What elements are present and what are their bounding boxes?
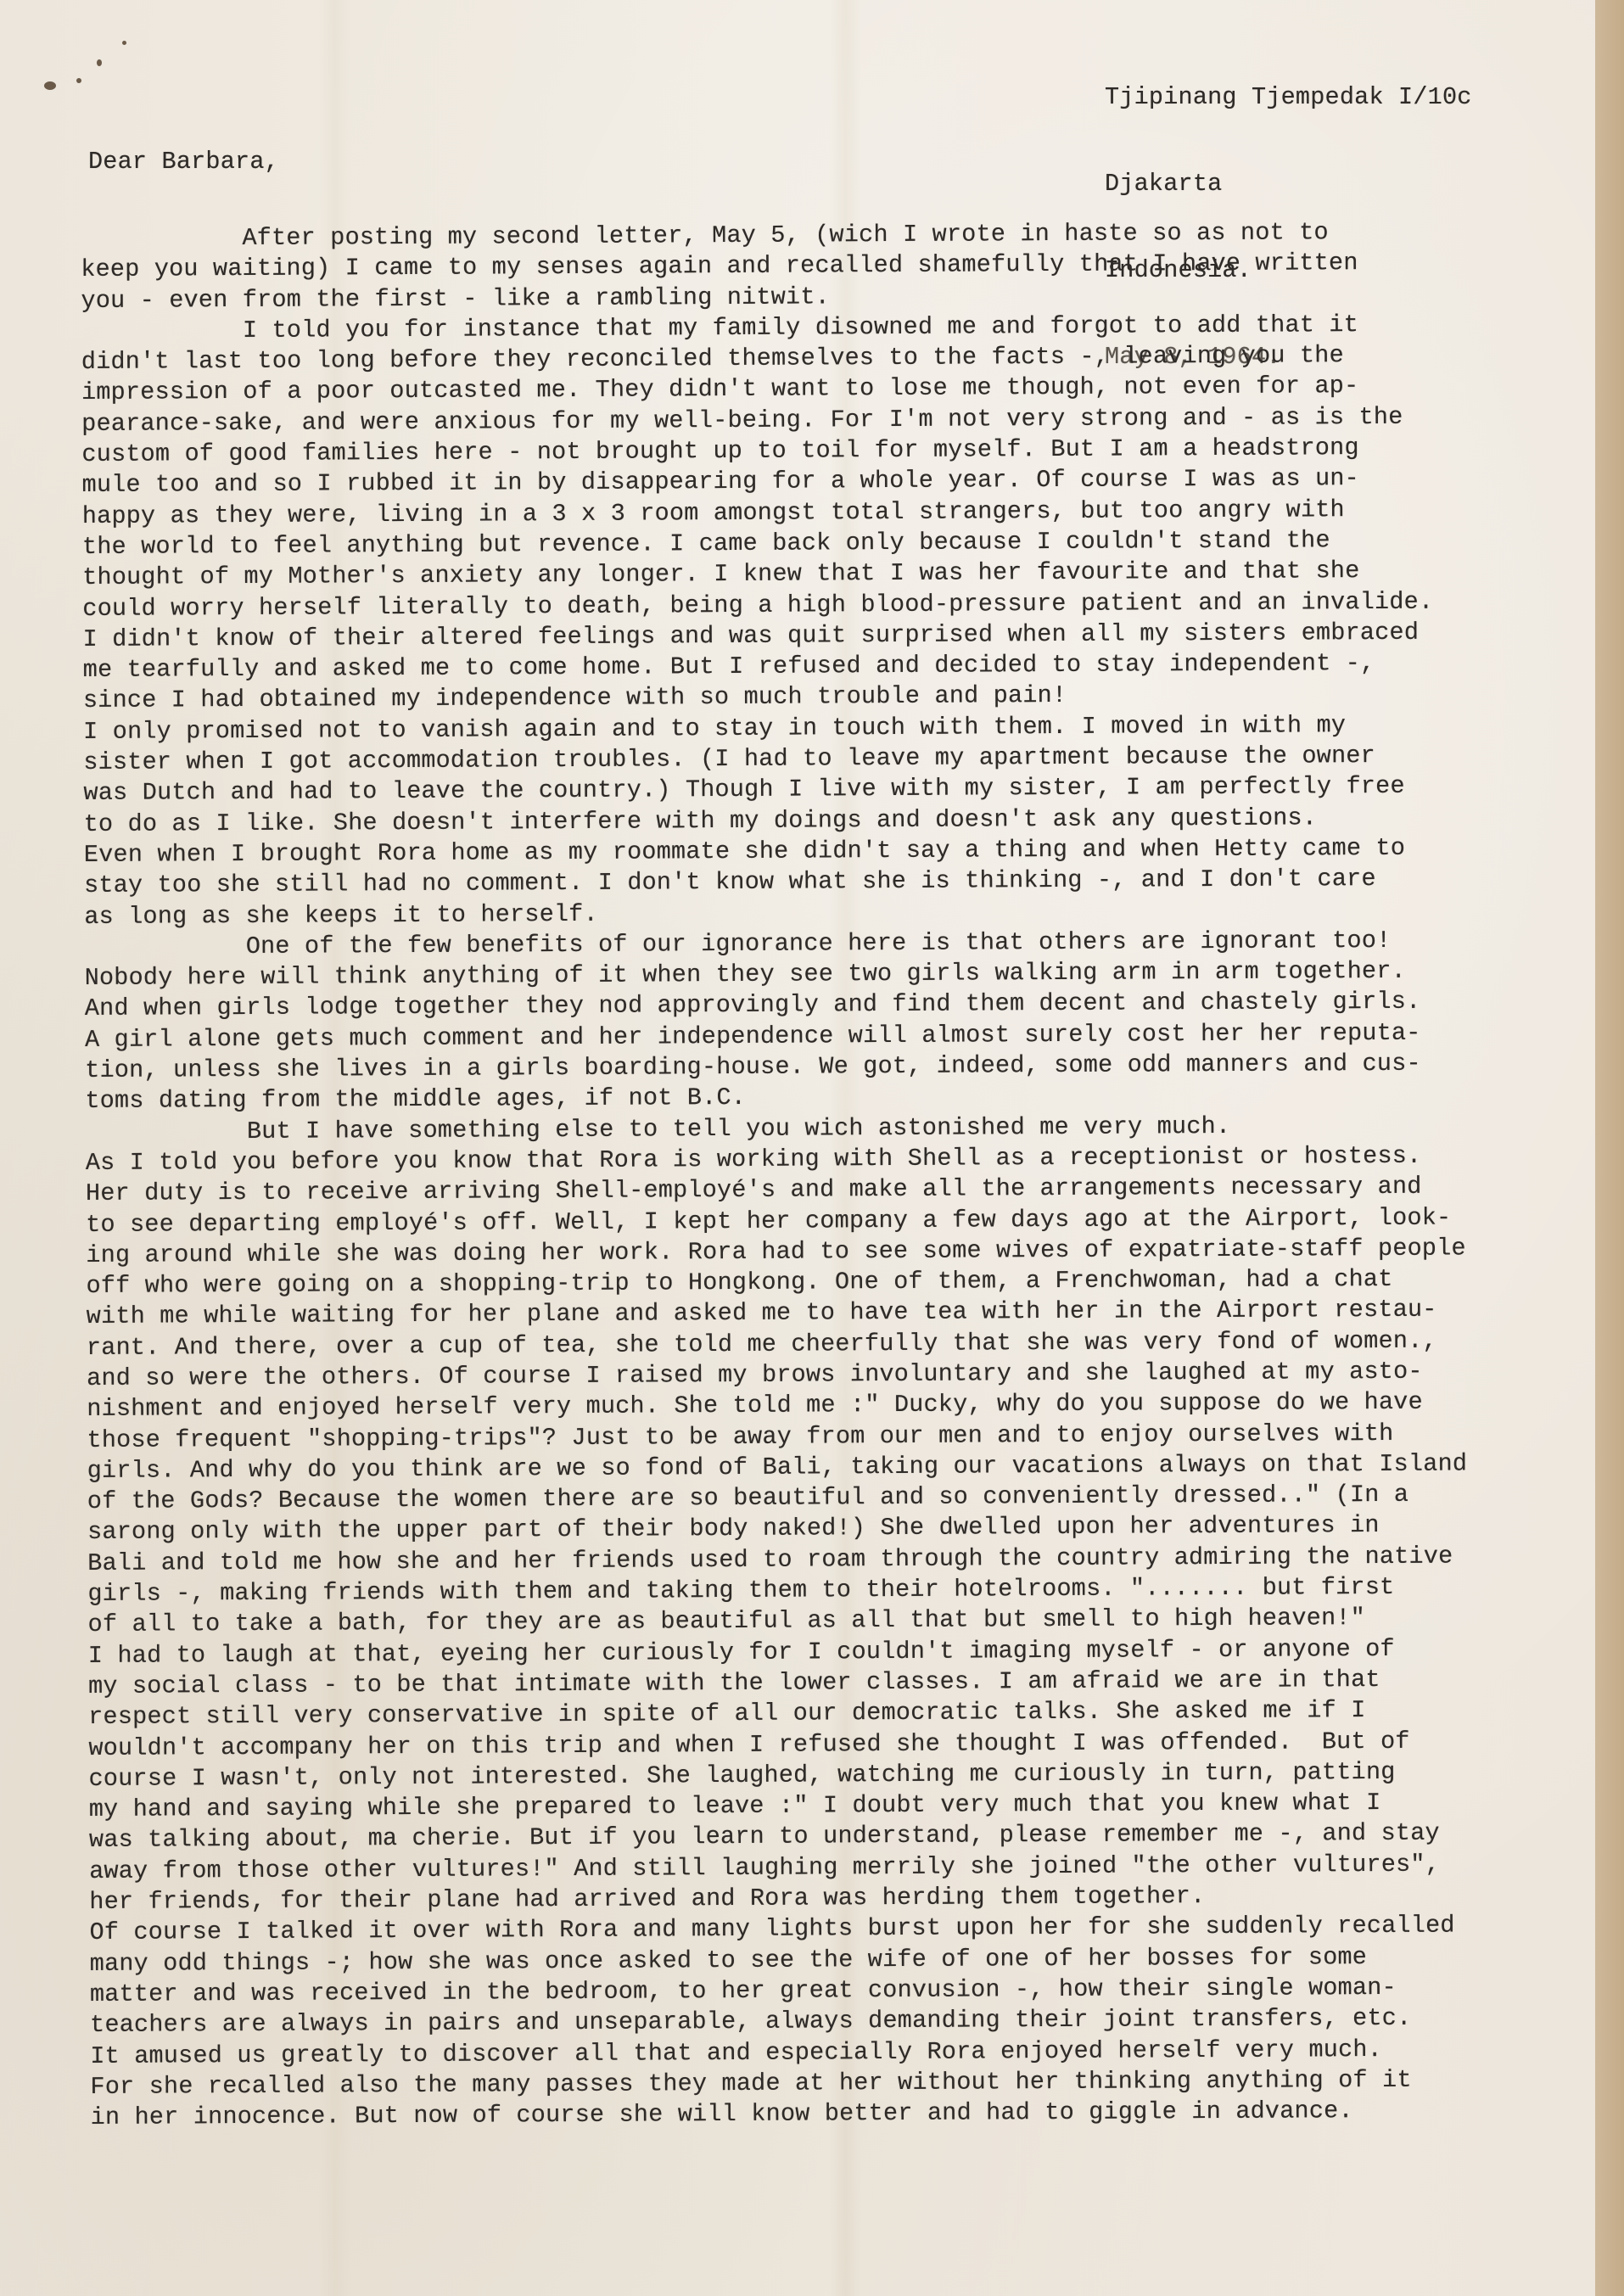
letter-body: After posting my second letter, May 5, (… bbox=[81, 216, 1470, 2133]
address-city: Djakarta bbox=[1105, 170, 1472, 199]
salutation: Dear Barbara, bbox=[88, 148, 279, 176]
background-edge bbox=[1595, 0, 1624, 2296]
address-street: Tjipinang Tjempedak I/10c bbox=[1105, 83, 1472, 112]
letter-page: Tjipinang Tjempedak I/10c Djakarta Indon… bbox=[0, 0, 1595, 2296]
punch-holes bbox=[34, 34, 119, 119]
body-line: in her innocence. But now of course she … bbox=[91, 2096, 1471, 2134]
